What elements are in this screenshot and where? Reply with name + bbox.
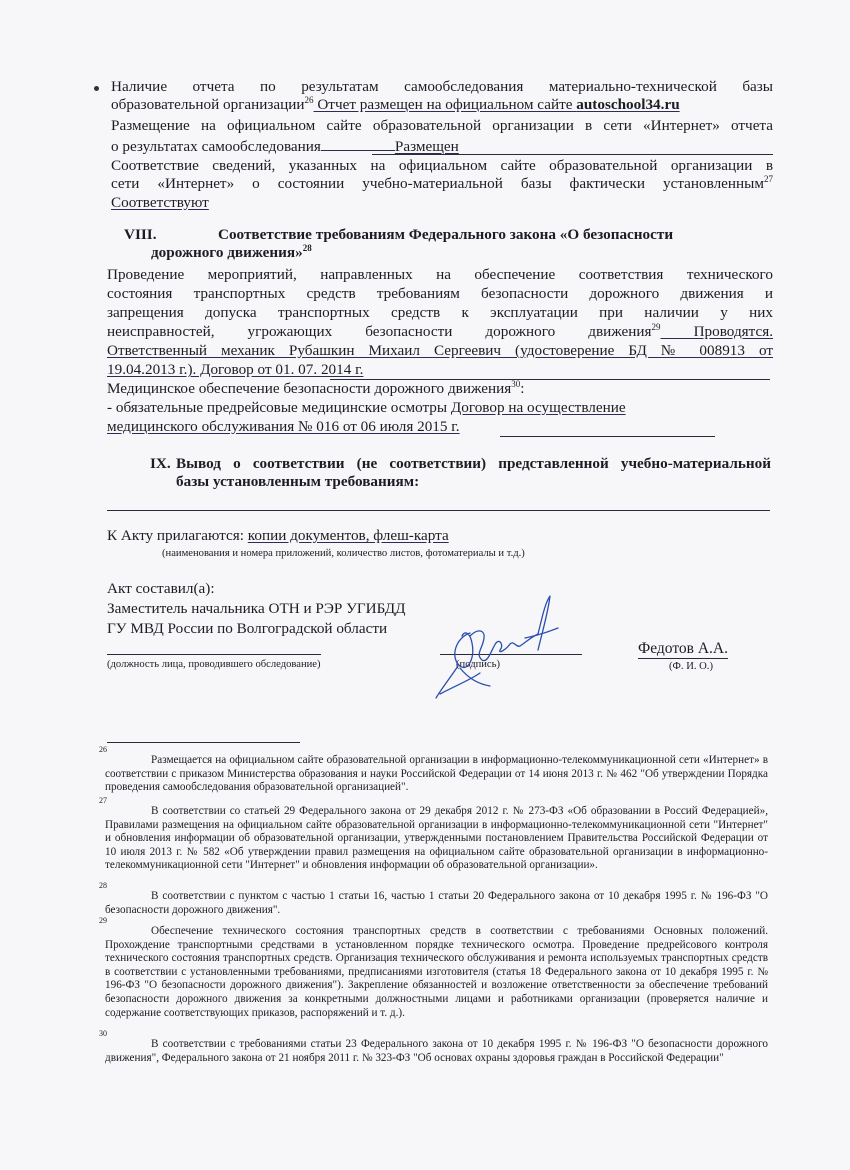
responsible-mechanic-value: Ответственный механик Рубашкин Михаил Се…: [107, 342, 773, 360]
position-caption: (должность лица, проводившего обследован…: [107, 658, 321, 671]
section-viii-p2: состояния транспортных средств требовани…: [107, 285, 773, 303]
footnote-27: 27 В соответствии со статьей 29 Федераль…: [105, 797, 768, 873]
bullet-icon: [94, 86, 99, 91]
medical-label: Медицинское обеспечение безопасности дор…: [107, 380, 524, 398]
attachments-line: К Акту прилагаются: копии документов, фл…: [107, 527, 449, 545]
medical-item-line2: медицинского обслуживания № 016 от 06 ию…: [107, 418, 460, 436]
report-availability-line1: Наличие отчета по результатам самообслед…: [111, 78, 773, 96]
section-viii-p1: Проведение мероприятий, направленных на …: [107, 266, 773, 284]
section-viii-title-line1: Соответствие требованиям Федерального за…: [218, 226, 673, 244]
footnote-separator: [107, 742, 300, 743]
report-availability-value: Отчет размещен на официальном сайте auto…: [314, 96, 680, 113]
attachments-value: копии документов, флеш-карта: [248, 527, 449, 544]
report-placement-line1: Размещение на официальном сайте образова…: [111, 117, 773, 135]
position-field-line: [107, 654, 321, 655]
conclusion-field: [107, 510, 770, 511]
footnote-28: 28 В соответствии с пунктом с частью 1 с…: [105, 882, 768, 917]
document-page: Наличие отчета по результатам самообслед…: [0, 0, 850, 1170]
attachments-hint: (наименования и номера приложений, колич…: [162, 547, 525, 560]
conformity-value: Соответствуют: [111, 194, 209, 212]
medical-item-line1: - обязательные предрейсовые медицинские …: [107, 399, 626, 417]
conformity-line2: сети «Интернет» о состоянии учебно-матер…: [111, 175, 773, 193]
contract-value: 19.04.2013 г.). Договор от 01. 07. 2014 …: [107, 361, 363, 379]
report-availability-line2: образовательной организации26 Отчет разм…: [111, 96, 773, 114]
underline-rule: [500, 436, 715, 437]
section-viii-numeral: VIII.: [124, 226, 157, 244]
name-caption: (Ф. И. О.): [669, 660, 713, 673]
footnote-26: 26 Размещается на официальном сайте обра…: [105, 746, 768, 795]
inspector-name: Федотов А.А.: [638, 640, 728, 659]
section-ix-title-line1: Вывод о соответствии (не соответствии) п…: [176, 455, 771, 473]
measures-value: Проводятся.: [661, 323, 773, 340]
site-link[interactable]: autoschool34.ru: [576, 96, 679, 113]
section-viii-p3: запрещения допуска транспортных средств …: [107, 304, 773, 322]
conformity-line1: Соответствие сведений, указанных на офиц…: [111, 157, 773, 175]
footnote-30: 30 В соответствии с требованиями статьи …: [105, 1030, 768, 1065]
footnote-29: 29 Обеспечение технического состояния тр…: [105, 917, 768, 1020]
report-placement-line2: о результатах самообследованияРазмещен: [111, 136, 773, 156]
underline-rule: [372, 154, 773, 155]
report-placement-value: Размещен: [395, 138, 459, 155]
handwritten-signature-icon: [430, 588, 580, 708]
section-viii-p4: неисправностей, угрожающих безопасности …: [107, 323, 773, 341]
section-viii-title-line2: дорожного движения»28: [151, 244, 312, 262]
medical-contract-value: Договор на осуществление: [451, 399, 626, 416]
position-line2: ГУ МВД России по Волгоградской области: [107, 620, 387, 638]
signature-heading: Акт составил(а):: [107, 580, 215, 598]
section-ix-numeral: IX.: [150, 455, 171, 473]
section-ix-title-line2: базы установленным требованиям:: [176, 473, 419, 491]
position-line1: Заместитель начальника ОТН и РЭР УГИБДД: [107, 600, 406, 618]
